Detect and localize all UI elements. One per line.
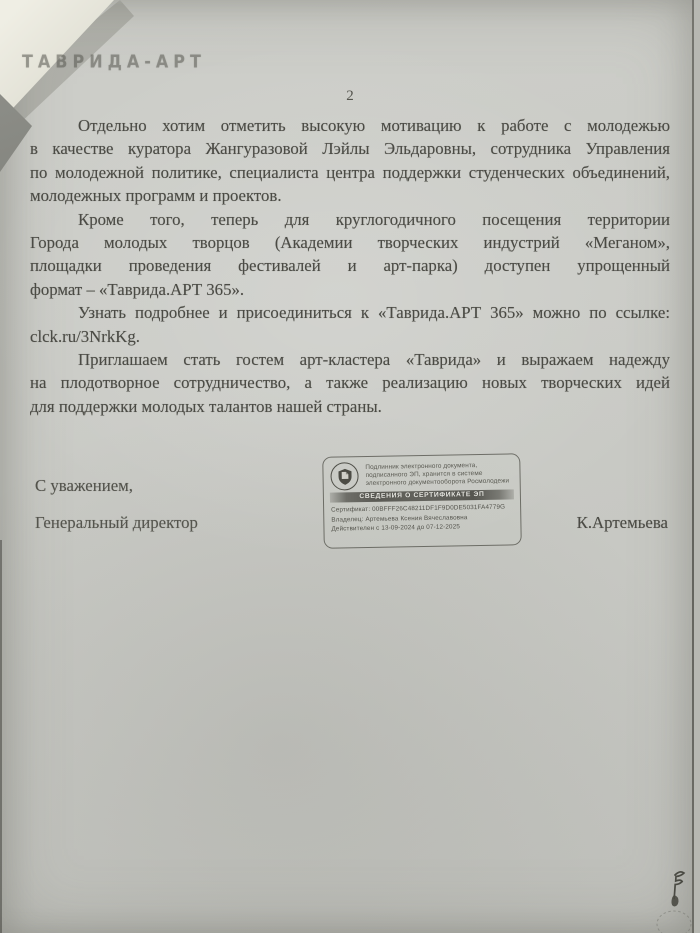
text-line: на плодотворное сотрудничество, а также … <box>30 371 670 394</box>
paper-edge-line-right <box>692 0 694 933</box>
text-line: по молодежной политике, специалиста цент… <box>30 161 670 184</box>
stamp-header: Подлинник электронного документа, подпис… <box>330 459 512 490</box>
esign-stamp: Подлинник электронного документа, подпис… <box>322 453 522 548</box>
text-line: площадки проведения фестивалей и арт-пар… <box>30 254 670 277</box>
paragraph: Отдельно хотим отметить высокую мотиваци… <box>30 114 670 208</box>
paper-edge-strip <box>694 0 700 933</box>
stamp-validity-line: Действителен с 13-09-2024 до 07-12-2025 <box>331 522 513 535</box>
faint-stamp-circle <box>657 911 691 933</box>
stamp-banner: СВЕДЕНИЯ О СЕРТИФИКАТЕ ЭП <box>330 489 514 502</box>
paragraph: Кроме того, теперь для круглогодичного п… <box>30 208 670 302</box>
text-line: молодежных программ и проектов. <box>30 184 670 207</box>
letterhead-logo: ТАВРИДА-АРТ <box>22 51 206 72</box>
text-line: Города молодых творцов (Академии творчес… <box>30 231 670 254</box>
document-photo: ТАВРИДА-АРТ 2 Отдельно хотим отметить вы… <box>0 0 700 933</box>
text-line: формат – «Таврида.АРТ 365». <box>30 278 670 301</box>
text-line: для поддержки молодых талантов нашей стр… <box>30 395 670 418</box>
text-line: clck.ru/3NrkKg. <box>30 325 670 348</box>
body-paragraphs: Отдельно хотим отметить высокую мотиваци… <box>30 114 670 418</box>
paragraph: Узнать подробнее и присоединиться к «Тав… <box>30 301 670 348</box>
ink-scribble-mark <box>645 868 700 933</box>
shield-document-icon <box>330 462 358 490</box>
paper-edge-line-left <box>0 540 2 933</box>
paragraph: Приглашаем стать гостем арт-кластера «Та… <box>30 348 670 418</box>
text-line: Узнать подробнее и присоединиться к «Тав… <box>30 301 670 324</box>
signer-title: Генеральный директор <box>35 513 198 533</box>
text-line: в качестве куратора Жангуразовой Лэйлы Э… <box>30 137 670 160</box>
stamp-header-text: Подлинник электронного документа, подпис… <box>365 461 512 488</box>
signer-name: К.Артемьева <box>577 513 668 533</box>
text-line: Кроме того, теперь для круглогодичного п… <box>30 208 670 231</box>
text-line: Отдельно хотим отметить высокую мотиваци… <box>30 114 670 137</box>
page-number: 2 <box>30 88 670 105</box>
closing-text: С уважением, <box>35 476 133 496</box>
text-line: Приглашаем стать гостем арт-кластера «Та… <box>30 348 670 371</box>
